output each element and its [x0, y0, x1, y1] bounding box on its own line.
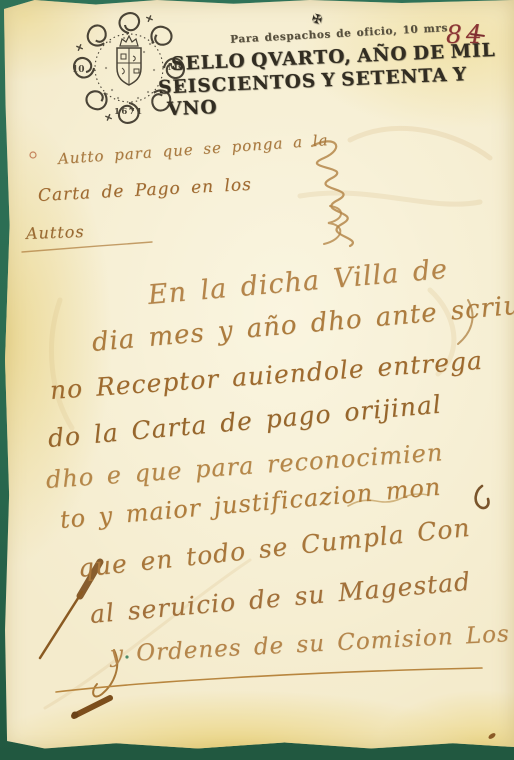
manuscript-heading-line: Auttos: [26, 222, 85, 243]
royal-seal-icon: 10 Ms 1671: [60, 8, 198, 136]
seal-coat-of-arms: [117, 36, 141, 85]
seal-denomination-right: Ms: [168, 63, 183, 73]
seal-speckles: [106, 38, 154, 98]
seal-denomination-left: 10: [72, 65, 85, 75]
folio-number: 84: [446, 20, 486, 49]
scanned-document: ✠ Para despachos de oficio, 10 mrs SELLO…: [0, 0, 514, 760]
seal-year: 1671: [114, 107, 144, 117]
